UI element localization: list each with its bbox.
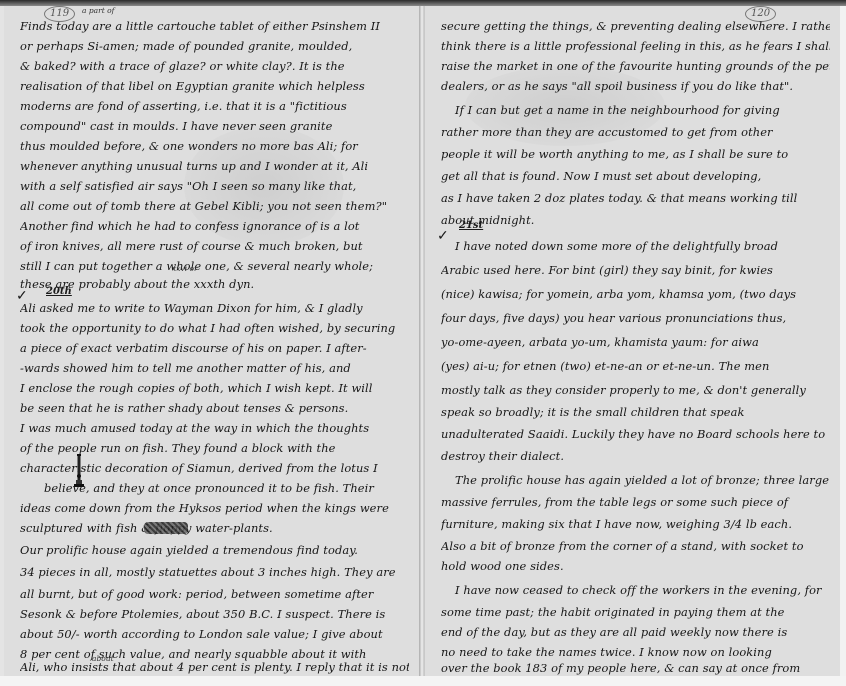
text-line: rather more than they are accustomed to …: [441, 120, 830, 144]
right-edge: [840, 6, 846, 676]
text-line: sculptured with fish & floppy water-plan…: [20, 516, 409, 540]
left-page: 119 a part of Finds today are a little c…: [4, 6, 420, 676]
text-line: I have noted down some more of the delig…: [441, 234, 830, 258]
text-line: people it will be worth anything to me, …: [441, 142, 830, 166]
text-line: get all that is found. Now I must set ab…: [441, 164, 830, 188]
text-line: massive ferrules, from the table legs or…: [441, 490, 830, 514]
struck-through-word: [144, 522, 188, 534]
text-line: yo-ome-ayeen, arbata yo-um, khamista yau…: [441, 330, 830, 354]
text-line: unadulterated Saaidi. Luckily they have …: [441, 422, 830, 446]
text-line: Our prolific house again yielded a treme…: [20, 538, 409, 562]
right-page: 120 secure getting the things, & prevent…: [424, 6, 840, 676]
text-line: Ali, who insists that about 4 per cent i…: [20, 658, 409, 676]
text-line: 34 pieces in all, mostly statuettes abou…: [20, 560, 409, 584]
notebook-spread: 119 a part of Finds today are a little c…: [0, 0, 846, 686]
text-line: speak so broadly; it is the small childr…: [441, 400, 830, 424]
text-line: four days, five days) you hear various p…: [441, 306, 830, 330]
date-note: 21st: [459, 220, 483, 231]
text-line: as I have taken 2 doz plates today. & th…: [441, 186, 830, 210]
text-line: If I can but get a name in the neighbour…: [441, 98, 830, 122]
text-line: about midnight.: [441, 208, 830, 232]
text-line: (yes) ai-u; for etnen (two) et-ne-an or …: [441, 354, 830, 378]
text-line: dealers, or as he says "all spoil busine…: [441, 74, 830, 98]
text-line: furniture, making six that I have now, w…: [441, 512, 830, 536]
text-line: hold wood one sides.: [441, 554, 830, 578]
text-line: (nice) kawisa; for yomein, arba yom, kha…: [441, 282, 830, 306]
text-line: The prolific house has again yielded a l…: [441, 468, 830, 492]
text-line: over the book 183 of my people here, & c…: [441, 660, 830, 676]
text-line: destroy their dialect.: [441, 444, 830, 468]
bottom-edge: [0, 676, 846, 686]
text-line: mostly talk as they consider properly to…: [441, 378, 830, 402]
text-line: these are probably about the xxxth dyn.: [20, 272, 409, 296]
lotus-column-sketch-icon: [74, 454, 84, 488]
text-line: Arabic used here. For bint (girl) they s…: [441, 258, 830, 282]
text-line: I have now ceased to check off the worke…: [441, 578, 830, 602]
